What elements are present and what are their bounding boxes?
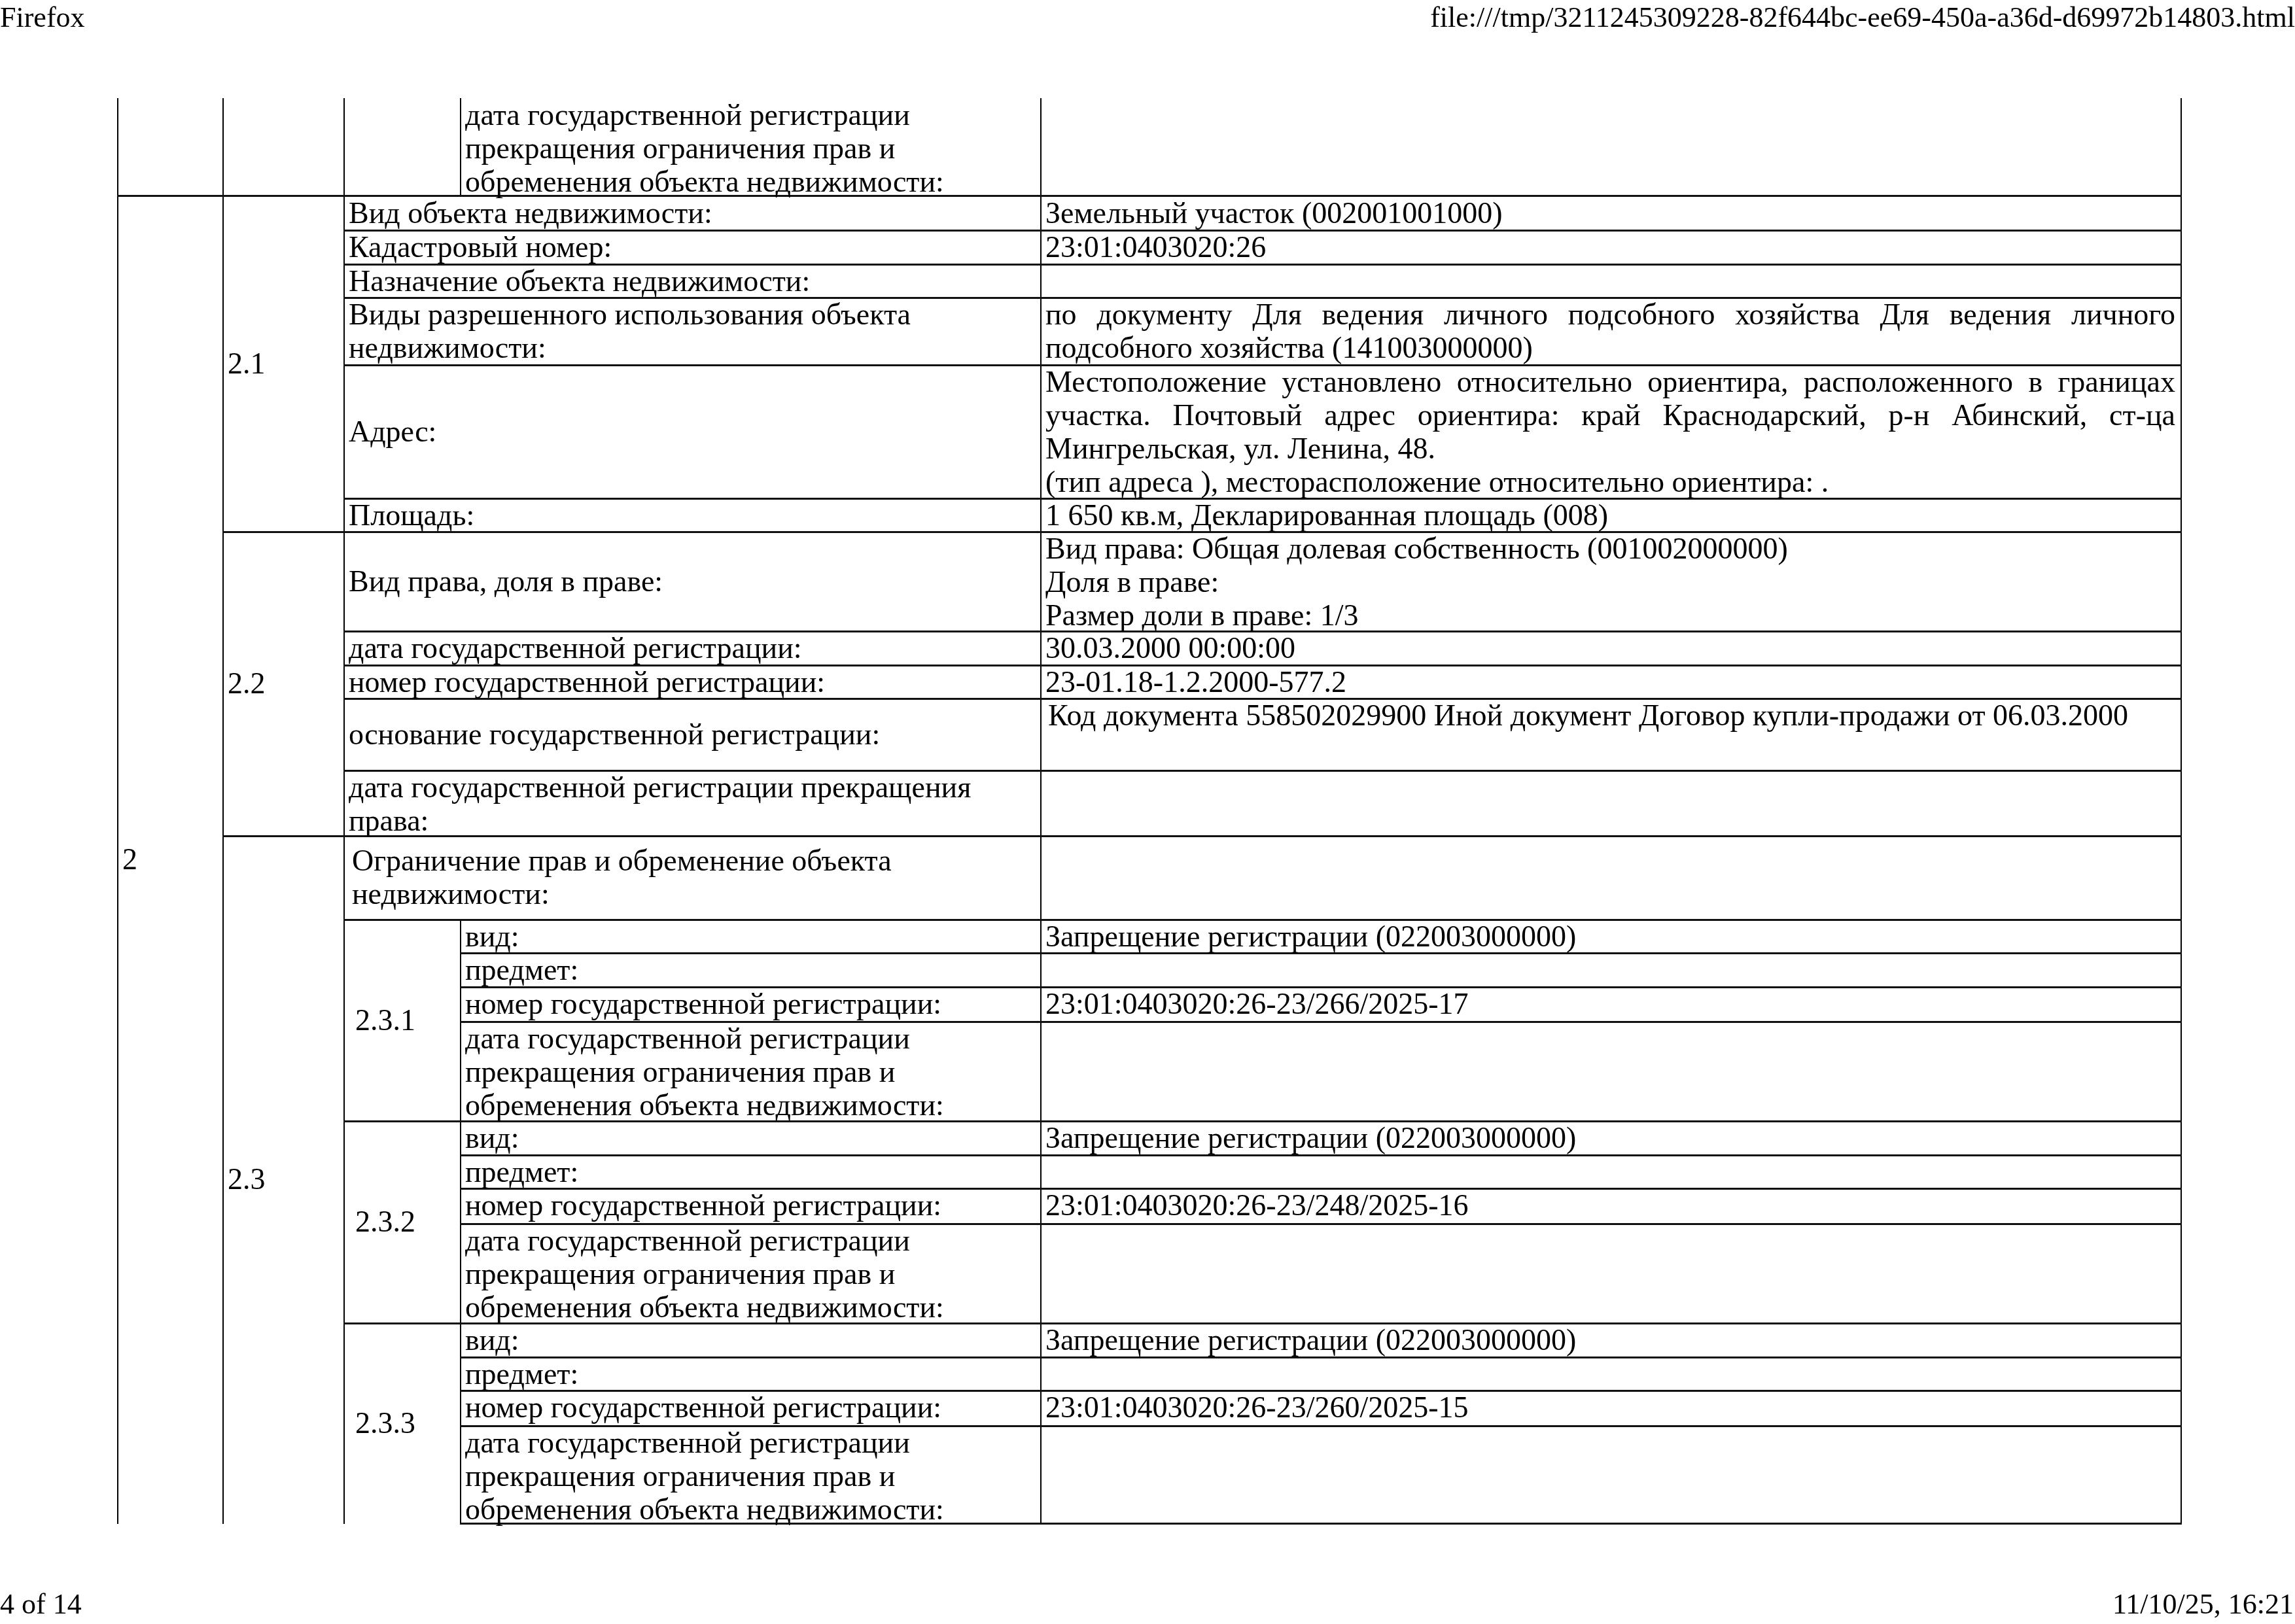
right-share-size: Размер доли в праве: 1/3 xyxy=(1045,598,2175,632)
row-label: дата государственной регистрации прекращ… xyxy=(460,1224,1040,1324)
row-value: 23:01:0403020:26 xyxy=(1040,230,2181,264)
address-extra: (тип адреса ), месторасположение относит… xyxy=(1045,465,2175,498)
row-value: Запрещение регистрации (022003000000) xyxy=(1040,920,2181,953)
row-label: дата государственной регистрации прекращ… xyxy=(460,1022,1040,1122)
right-type: Вид права: Общая долевая собственность (… xyxy=(1045,532,2175,565)
subsection-number-2-3: 2.3 xyxy=(222,835,343,1523)
section-number: 2 xyxy=(117,195,222,1523)
row-label: Адрес: xyxy=(343,365,1040,498)
row-value: 23:01:0403020:26-23/266/2025-17 xyxy=(1040,987,2181,1020)
row-label: Виды разрешенного использования объекта … xyxy=(343,298,1040,364)
row-value: 1 650 кв.м, Декларированная площадь (008… xyxy=(1040,498,2181,532)
row-label: Кадастровый номер: xyxy=(343,230,1040,264)
row-value: Земельный участок (002001001000) xyxy=(1040,196,2181,230)
row-label: номер государственной регистрации: xyxy=(460,1188,1040,1222)
grid-line xyxy=(2181,98,2182,1524)
row-label: вид: xyxy=(460,920,1040,953)
row-value: Запрещение регистрации (022003000000) xyxy=(1040,1323,2181,1356)
row-value: по документу Для ведения личного подсобн… xyxy=(1040,298,2181,364)
row-label: Назначение объекта недвижимости: xyxy=(343,264,1040,298)
row-value: 30.03.2000 00:00:00 xyxy=(1040,631,2181,665)
item-number-2-3-2: 2.3.2 xyxy=(350,1120,460,1322)
row-label: Вид права, доля в праве: xyxy=(343,532,1040,631)
right-share: Доля в праве: xyxy=(1045,565,2175,598)
row-label: номер государственной регистрации: xyxy=(343,665,1040,699)
carryover-label: дата государственной регистрации прекращ… xyxy=(460,98,1040,195)
row-value: Местоположение установлено относительно … xyxy=(1040,365,2181,498)
row-label: Вид объекта недвижимости: xyxy=(343,196,1040,230)
browser-app-name: Firefox xyxy=(0,1,85,34)
row-label: предмет: xyxy=(460,1357,1040,1391)
item-number-2-3-3: 2.3.3 xyxy=(350,1322,460,1523)
row-label: номер государственной регистрации: xyxy=(460,987,1040,1020)
subsection-number-2-2: 2.2 xyxy=(222,531,343,835)
row-label: предмет: xyxy=(460,1155,1040,1188)
subsection-number-2-1: 2.1 xyxy=(222,195,343,531)
carryover-value xyxy=(1040,98,2181,195)
row-value: 23-01.18-1.2.2000-577.2 xyxy=(1040,665,2181,699)
row-label: Площадь: xyxy=(343,498,1040,532)
row-value: 23:01:0403020:26-23/248/2025-16 xyxy=(1040,1188,2181,1222)
row-label: вид: xyxy=(460,1323,1040,1356)
row-label: предмет: xyxy=(460,953,1040,986)
row-value: Код документа 558502029900 Иной документ… xyxy=(1043,699,2181,732)
row-value: Запрещение регистрации (022003000000) xyxy=(1040,1121,2181,1154)
print-datetime: 11/10/25, 16:21 xyxy=(2112,1588,2294,1621)
address-text: Местоположение установлено относительно … xyxy=(1045,365,2175,465)
row-value: 23:01:0403020:26-23/260/2025-15 xyxy=(1040,1391,2181,1424)
page-indicator: 4 of 14 xyxy=(0,1588,82,1621)
row-label: дата государственной регистрации прекращ… xyxy=(343,770,1040,837)
row-label: номер государственной регистрации: xyxy=(460,1391,1040,1424)
row-label: дата государственной регистрации: xyxy=(343,631,1040,665)
row-label: дата государственной регистрации прекращ… xyxy=(460,1426,1040,1526)
row-label: вид: xyxy=(460,1121,1040,1154)
encumbrance-header-label: Ограничение прав и обременение объекта н… xyxy=(347,844,1040,910)
page-url: file:///tmp/3211245309228-82f644bc-ee69-… xyxy=(1430,1,2295,34)
row-label: основание государственной регистрации: xyxy=(343,699,1040,770)
item-number-2-3-1: 2.3.1 xyxy=(350,919,460,1120)
row-value: Вид права: Общая долевая собственность (… xyxy=(1040,532,2181,632)
